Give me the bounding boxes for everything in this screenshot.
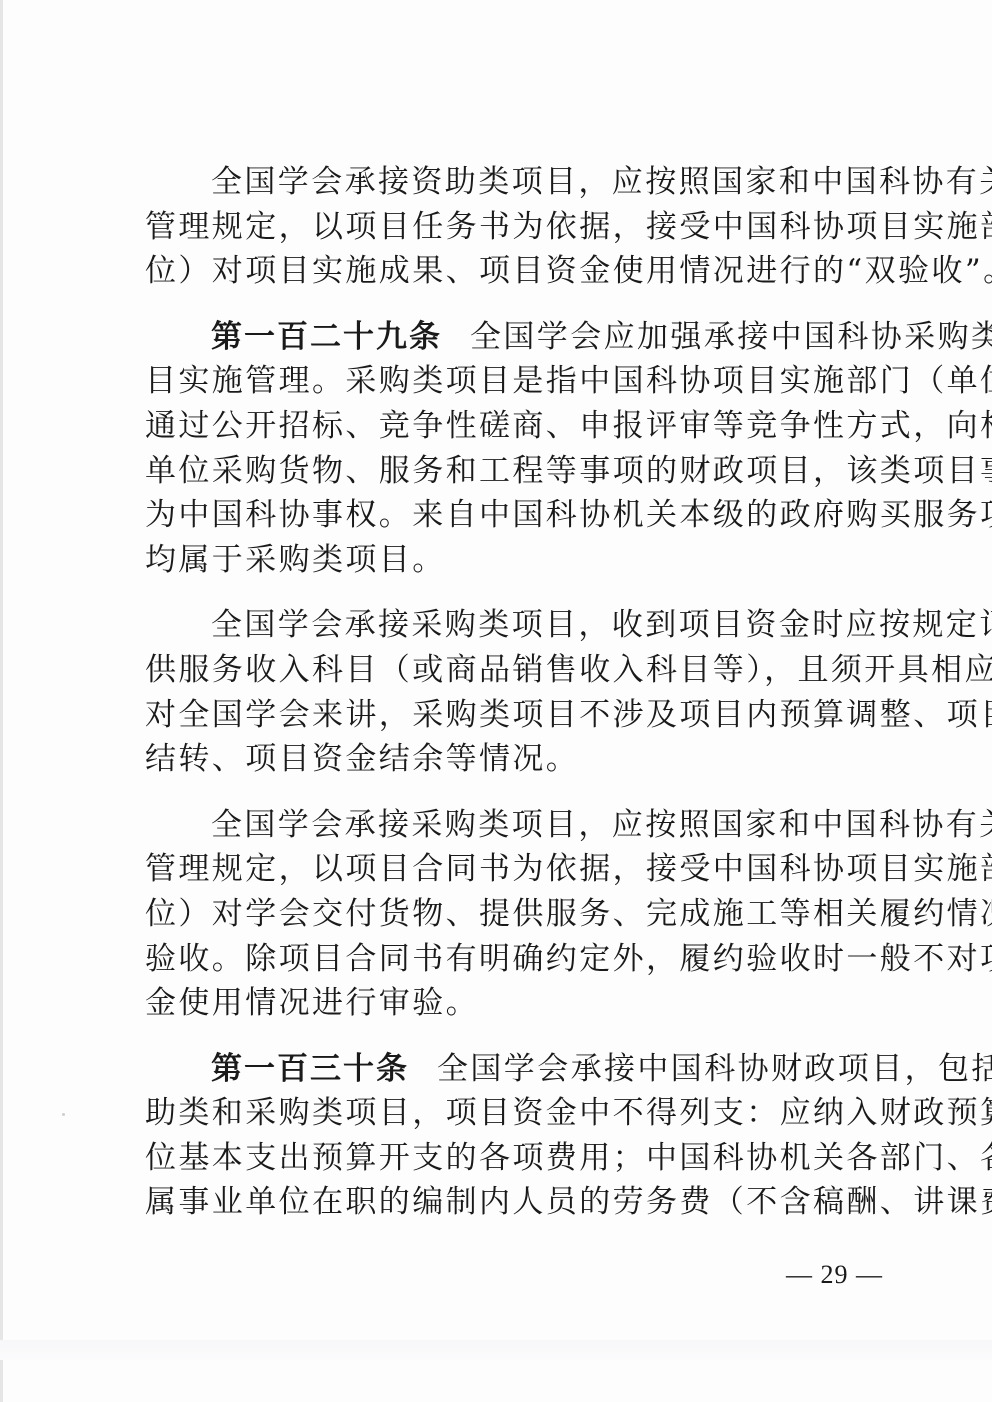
article-text: 全国学会承接中国科协财政项目，包括资 (437, 1051, 992, 1087)
text-line: 均属于采购类项目。 (145, 538, 885, 583)
paragraph-funding-acceptance: 全国学会承接资助类项目，应按照国家和中国科协有关项目 管理规定，以项目任务书为依… (145, 160, 885, 294)
scan-band (0, 1340, 992, 1360)
text-line: 结转、项目资金结余等情况。 (145, 737, 885, 782)
text-line: 属事业单位在职的编制内人员的劳务费（不含稿酬、讲课费）； (145, 1180, 885, 1225)
text-line: 全国学会承接资助类项目，应按照国家和中国科协有关项目 (145, 160, 885, 205)
text-line: 管理规定，以项目合同书为依据，接受中国科协项目实施部门（单 (145, 847, 885, 892)
text-line: 位基本支出预算开支的各项费用；中国科协机关各部门、各直 (145, 1136, 885, 1181)
page-number: — 29 — (786, 1260, 883, 1290)
document-body: 全国学会承接资助类项目，应按照国家和中国科协有关项目 管理规定，以项目任务书为依… (145, 160, 885, 1225)
text-line: 单位采购货物、服务和工程等事项的财政项目，该类项目事权 (145, 449, 885, 494)
article-129: 第一百二十九条全国学会应加强承接中国科协采购类项 目实施管理。采购类项目是指中国… (145, 315, 885, 583)
scanned-page: 全国学会承接资助类项目，应按照国家和中国科协有关项目 管理规定，以项目任务书为依… (0, 0, 992, 1402)
paragraph-procurement-acceptance: 全国学会承接采购类项目，应按照国家和中国科协有关项目 管理规定，以项目合同书为依… (145, 803, 885, 1026)
scan-edge (0, 0, 3, 1402)
text-line: 目实施管理。采购类项目是指中国科协项目实施部门（单位） (145, 359, 885, 404)
text-line: 位）对项目实施成果、项目资金使用情况进行的“双验收”。 (145, 249, 885, 294)
text-line: 助类和采购类项目，项目资金中不得列支：应纳入财政预算单 (145, 1091, 885, 1136)
text-line: 第一百二十九条全国学会应加强承接中国科协采购类项 (145, 315, 885, 360)
text-line: 对全国学会来讲，采购类项目不涉及项目内预算调整、项目资金 (145, 693, 885, 738)
article-text: 全国学会应加强承接中国科协采购类项 (470, 319, 992, 355)
text-line: 金使用情况进行审验。 (145, 981, 885, 1026)
scan-speck (62, 1113, 65, 1116)
text-line: 全国学会承接采购类项目，收到项目资金时应按规定记入提 (145, 603, 885, 648)
text-line: 为中国科协事权。来自中国科协机关本级的政府购买服务项目 (145, 493, 885, 538)
paragraph-procurement-income: 全国学会承接采购类项目，收到项目资金时应按规定记入提 供服务收入科目（或商品销售… (145, 603, 885, 781)
text-line: 供服务收入科目（或商品销售收入科目等），且须开具相应发票。 (145, 648, 885, 693)
text-line: 全国学会承接采购类项目，应按照国家和中国科协有关项目 (145, 803, 885, 848)
article-number: 第一百三十条 (211, 1051, 409, 1087)
text-line: 验收。除项目合同书有明确约定外，履约验收时一般不对项目资 (145, 937, 885, 982)
article-number: 第一百二十九条 (211, 319, 442, 355)
text-line: 通过公开招标、竞争性磋商、申报评审等竞争性方式，向相关 (145, 404, 885, 449)
text-line: 第一百三十条全国学会承接中国科协财政项目，包括资 (145, 1047, 885, 1092)
text-line: 位）对学会交付货物、提供服务、完成施工等相关履约情况进行 (145, 892, 885, 937)
article-130: 第一百三十条全国学会承接中国科协财政项目，包括资 助类和采购类项目，项目资金中不… (145, 1047, 885, 1225)
text-line: 管理规定，以项目任务书为依据，接受中国科协项目实施部门（单 (145, 205, 885, 250)
